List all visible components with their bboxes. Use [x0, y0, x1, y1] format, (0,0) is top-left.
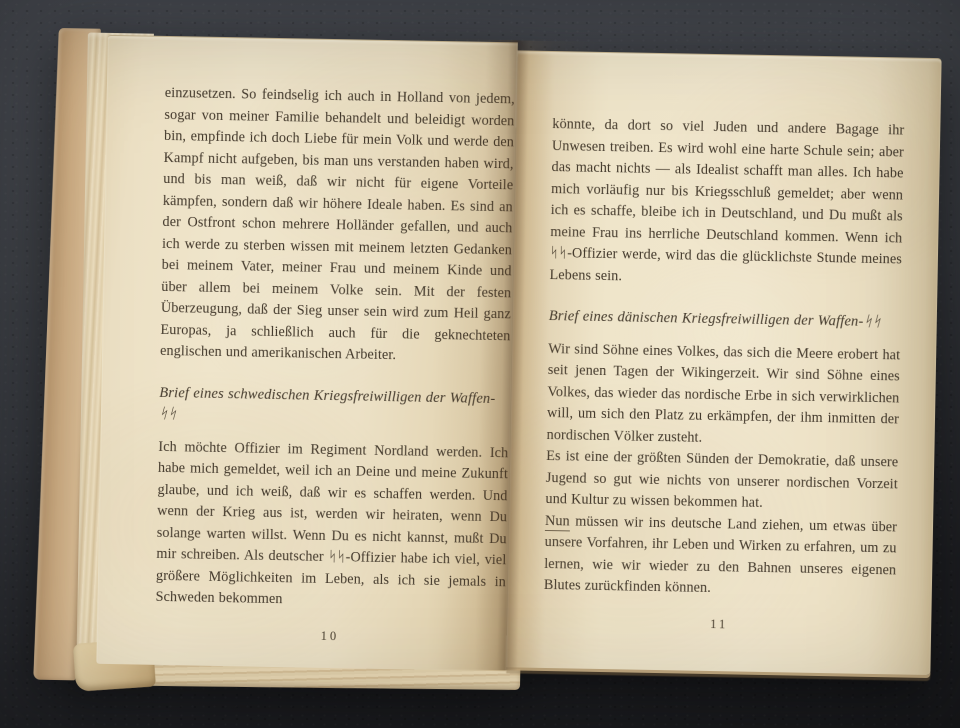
paragraph-dutch-letter-continuation: einzusetzen. So feindselig ich auch in H…: [160, 83, 515, 369]
paragraph-danish-letter-1: Wir sind Söhne eines Volkes, das sich di…: [546, 338, 900, 452]
paragraph-danish-letter-3: Nun müssen wir ins deutsche Land ziehen,…: [544, 510, 898, 602]
desk-background: einzusetzen. So feindselig ich auch in H…: [0, 0, 960, 728]
open-book: einzusetzen. So feindselig ich auch in H…: [40, 16, 948, 704]
right-page: könnte, da dort so viel Juden und andere…: [506, 50, 941, 675]
right-page-text: könnte, da dort so viel Juden und andere…: [543, 114, 904, 638]
left-page-text: einzusetzen. So feindselig ich auch in H…: [155, 83, 515, 650]
heading-danish-volunteer-letter: Brief eines dänischen Kriegsfreiwilligen…: [549, 306, 901, 334]
page-number-right: 11: [543, 610, 895, 638]
left-page: einzusetzen. So feindselig ich auch in H…: [96, 35, 517, 671]
paragraph-swedish-letter-continuation: könnte, da dort so viel Juden und andere…: [549, 114, 904, 292]
paragraph-danish-letter-3-rest: müssen wir ins deutsche Land ziehen, um …: [544, 513, 897, 596]
heading-swedish-volunteer-letter: Brief eines schwedischen Kriegsfreiwilli…: [159, 382, 510, 431]
paragraph-danish-letter-2: Es ist eine der größten Sünden der Demok…: [545, 446, 898, 517]
pencil-underlined-word: Nun: [545, 512, 570, 530]
page-number-left: 10: [155, 622, 505, 650]
paragraph-swedish-letter: Ich möchte Offizier im Regiment Nordland…: [155, 436, 508, 614]
